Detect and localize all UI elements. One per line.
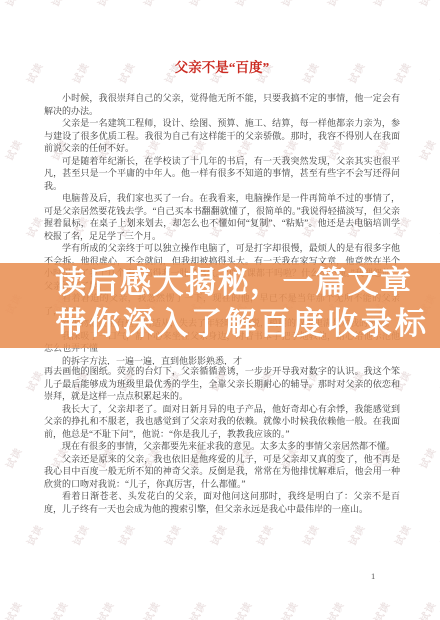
trial-watermark: 试读 [277,598,301,620]
paragraph: 电脑普及后，我们家也买了一台。在我看来，电脑操作是一件再简单不过的事情了，可是父… [44,192,400,242]
trial-watermark: 试读 [185,598,209,620]
trial-watermark: 试读 [231,598,255,620]
promo-overlay-line2: 带你深入了解百度收录标 [0,304,440,345]
trial-watermark: 试读 [298,521,322,547]
trial-watermark: 试读 [323,598,347,620]
trial-watermark: 试读 [160,521,184,547]
trial-watermark: 试读 [47,598,71,620]
trial-watermark: 试读 [344,521,368,547]
trial-watermark: 试读 [22,521,46,547]
trial-watermark: 试读 [114,521,138,547]
trial-watermark: 试读 [252,521,276,547]
paragraph-continuation: 再去画他的图纸。荧亮的台灯下，父亲循循善诱，一步步开导我对数字的认识。我这个笨儿… [44,365,400,403]
article-body-top: 小时候，我很崇拜自己的父亲，觉得他无所不能，只要我搞不定的事情，他一定会有解决的… [44,92,400,292]
paragraph: 的拆字方法，一遍一遍，直到他影影熟悉，才 [44,355,400,366]
paragraph: 父亲是一名建筑工程师，设计、绘图、预算、施工、结算，每一样他都亲力亲为，参与建设… [44,117,400,155]
paragraph: 我长大了，父亲却老了。面对日新月异的电子产品，他好奇却心有余悸，我能感觉到父亲的… [44,403,400,441]
trial-watermark: 试读 [436,521,440,547]
article-body-bottom: 我长大了，父亲却老了。面对日新月异的电子产品，他好奇却心有余悸，我能感觉到父亲的… [44,403,400,516]
paragraph: 小时候，我很崇拜自己的父亲，觉得他无所不能，只要我搞不定的事情，他一定会有解决的… [44,92,400,117]
page-number: 1 [371,571,375,581]
paragraph: 父亲还是原来的父亲，我也依旧是他疼爱的儿子，可是父亲却又真的变了，他不再是我心目… [44,453,400,491]
paragraph: 看着日渐苍老、头发花白的父亲，面对他问这问那时，我终是明白了：父亲不是百度，儿子… [44,490,400,515]
promo-overlay-banner: 读后感大揭秘，一篇文章 带你深入了解百度收录标 [0,263,440,348]
trial-watermark: 试读 [369,598,393,620]
paragraph: 现在有很多的事情，父亲都要先来征求我的意见。太多太多的事情父亲居然都不懂。 [44,440,400,453]
article-content: 父亲不是“百度” 小时候，我很崇拜自己的父亲，觉得他无所不能，只要我搞不定的事情… [0,0,440,515]
trial-watermark: 试读 [390,521,414,547]
trial-watermark: 试读 [1,598,25,620]
page-title: 父亲不是“百度” [44,0,400,92]
trial-watermark: 试读 [139,598,163,620]
trial-watermark: 试读 [93,598,117,620]
paragraph: 可是随着年纪渐长，在学校读了十几年的书后，有一天我突然发现，父亲其实也很平凡，甚… [44,155,400,193]
promo-overlay-line1: 读后感大揭秘，一篇文章 [0,263,440,304]
trial-watermark: 试读 [68,521,92,547]
document-page: 试读试读试读试读试读试读试读试读试读试读试读试读试读试读试读试读试读试读试读试读… [0,0,440,620]
trial-watermark: 试读 [415,598,439,620]
trial-watermark: 试读 [206,521,230,547]
